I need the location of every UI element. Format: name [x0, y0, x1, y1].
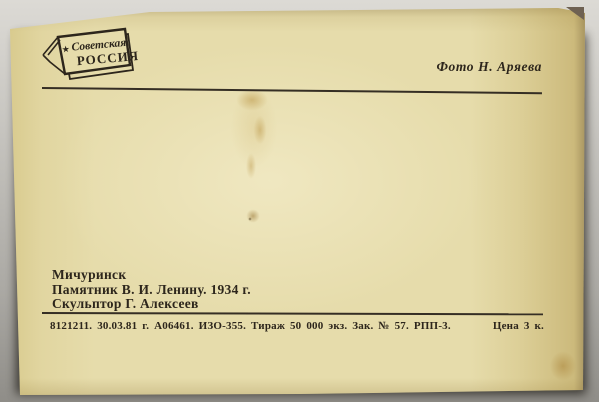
- bent-corner-top-right: [566, 7, 584, 20]
- stain-bottom-right: [540, 344, 584, 390]
- caption-city: Мичуринск: [52, 268, 251, 283]
- caption-monument: Памятник В. И. Ленину. 1934 г.: [52, 283, 251, 298]
- imprint-code-line: 8121211. 30.03.81 г. А06461. ИЗО-355. Ти…: [50, 320, 451, 332]
- logo-star-icon: ★: [61, 44, 70, 55]
- caption-sculptor: Скульптор Г. Алексеев: [52, 297, 251, 312]
- divider-top: [42, 87, 542, 94]
- price-label: Цена 3 к.: [493, 320, 544, 332]
- water-stain-top: [222, 86, 286, 202]
- imprint-row: 8121211. 30.03.81 г. А06461. ИЗО-355. Ти…: [50, 320, 544, 332]
- postcard: ★ Советская РОССИЯ Фото Н. Аряева Мичури…: [0, 0, 599, 402]
- divider-bottom: [42, 312, 543, 315]
- caption-block: Мичуринск Памятник В. И. Ленину. 1934 г.…: [52, 268, 251, 312]
- publisher-logo: ★ Советская РОССИЯ: [36, 25, 138, 83]
- photo-of-postcard-back: ★ Советская РОССИЯ Фото Н. Аряева Мичури…: [0, 0, 599, 402]
- photo-credit: Фото Н. Аряева: [370, 59, 542, 75]
- stain-spot-middle: [240, 204, 266, 228]
